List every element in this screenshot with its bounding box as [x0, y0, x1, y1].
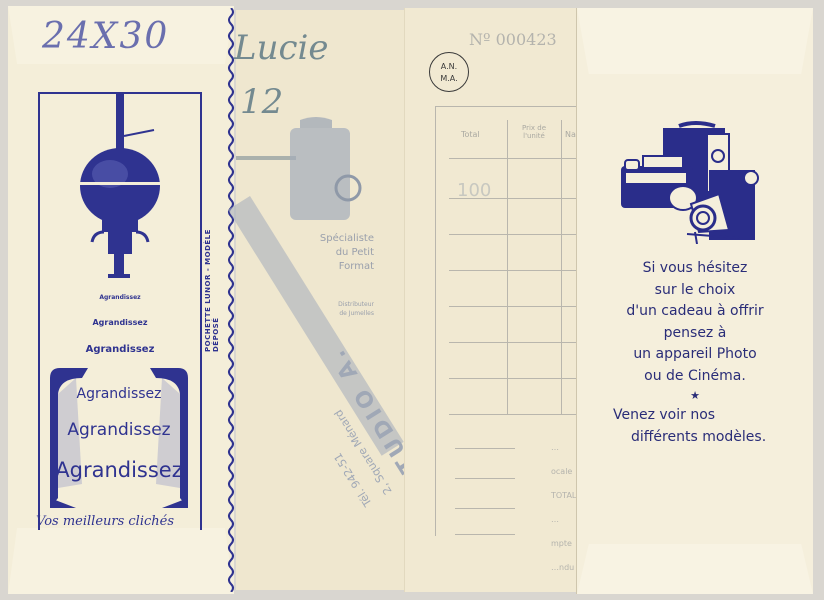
- handwritten-note: 24X30: [42, 16, 169, 57]
- handwritten-name: Lucie: [234, 28, 329, 68]
- camera-ghost-icon: [286, 114, 366, 224]
- enlargement-frame: Agrandissez Agrandissez Agrandissez: [46, 364, 192, 508]
- middle-panel: Lucie 12 Spécialiste du Petit Format Dis…: [236, 10, 406, 590]
- right-panel: Si vous hésitez sur le choix d'un cadeau…: [576, 8, 813, 594]
- closing-line: Venez voir nos: [577, 405, 813, 427]
- form-number: Nº 000423: [469, 30, 557, 49]
- bottom-flap: [8, 528, 234, 594]
- handwritten-number: 12: [240, 82, 283, 122]
- message-line: un appareil Photo: [577, 344, 813, 366]
- ad-frame: Agrandissez Agrandissez Agrandissez Agra…: [38, 92, 202, 530]
- heading-xl: Agrandissez: [46, 420, 192, 440]
- footer-script: Vos meilleurs clichés: [36, 514, 174, 529]
- summary-label: TOTAL: [551, 484, 577, 508]
- message-line: sur le choix: [577, 280, 813, 302]
- message-line: ou de Cinéma.: [577, 366, 813, 388]
- summary-label: …ndu: [551, 556, 577, 580]
- studio-phone-ghost: Tél. 942-51: [257, 332, 374, 508]
- heading-xs: Agrandissez: [40, 294, 200, 301]
- summary-label: …mpte: [551, 508, 577, 556]
- form-panel: Nº 000423 A.N. M.A. Total Prix de l'unit…: [404, 8, 577, 592]
- heading-l: Agrandissez: [46, 386, 192, 402]
- col-total: Total: [461, 130, 480, 139]
- bottom-flap: [577, 544, 813, 594]
- cameras-illustration-icon: [619, 120, 759, 244]
- closing-line: différents modèles.: [577, 427, 813, 449]
- heading-m: Agrandissez: [40, 344, 200, 355]
- summary-label: …ocale: [551, 436, 577, 484]
- gift-message: Si vous hésitez sur le choix d'un cadeau…: [577, 258, 813, 448]
- col-unit-price: Prix de l'unité: [511, 124, 557, 140]
- heading-xxl: Agrandissez: [46, 458, 192, 482]
- message-line: Si vous hésitez: [577, 258, 813, 280]
- postmark-stamp: A.N. M.A.: [429, 52, 469, 92]
- enlarger-lamp-icon: [70, 94, 170, 284]
- left-panel: 24X30 Agrandissez Agrandissez Agrandisse…: [8, 6, 234, 594]
- heading-s: Agrandissez: [40, 318, 200, 327]
- ghost-line: Spécialiste: [296, 232, 374, 246]
- message-line: d'un cadeau à offrir: [577, 301, 813, 323]
- star-icon: ★: [577, 387, 813, 405]
- ghost-line: Format: [296, 260, 374, 274]
- vertical-brand-text: POCHETTE LUNOR - MODÈLE DÉPOSÉ: [204, 192, 220, 352]
- top-flap: [577, 8, 813, 74]
- ghost-line: du Petit: [296, 246, 374, 260]
- message-line: pensez à: [577, 323, 813, 345]
- perforated-edge: [226, 8, 236, 592]
